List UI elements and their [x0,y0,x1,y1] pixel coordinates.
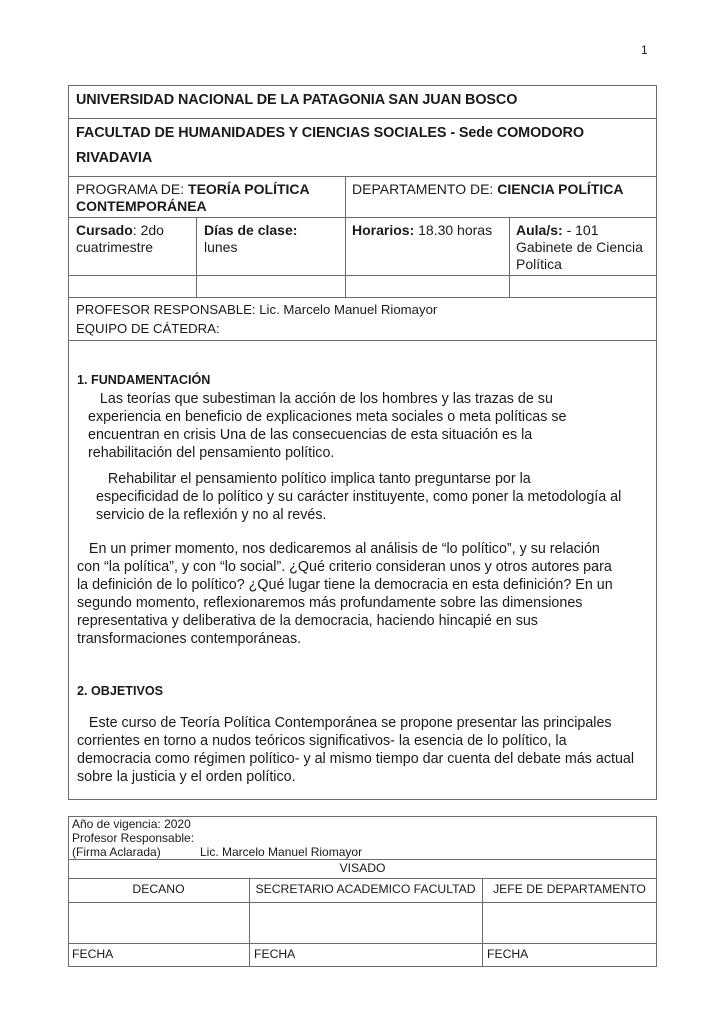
text-line: rehabilitación del pensamiento político. [88,444,566,462]
dias-cell: Días de clase: lunes [204,222,297,256]
text-line: segundo momento, reflexionaremos más pro… [77,594,613,612]
page-number: 1 [641,43,648,57]
faculty-name-cont: RIVADAVIA [76,150,152,166]
text-line: corrientes en torno a nudos teóricos sig… [77,732,634,750]
vigencia: Año de vigencia: 2020 [72,817,191,831]
cursado-label: Cursado [76,222,133,238]
divider [68,176,657,177]
divider [68,118,657,119]
fecha-jefe: FECHA [487,947,528,961]
horarios-value: 18.30 horas [414,222,492,238]
cursado-value: : 2do [133,222,164,238]
program-label: PROGRAMA DE: [76,181,188,197]
text-line: especificidad de lo político y su caráct… [96,488,621,506]
section-title-fundamentacion: 1. FUNDAMENTACIÓN [77,373,210,387]
divider [68,275,657,276]
aula-cell: Aula/s: - 101 Gabinete de Ciencia Políti… [516,222,643,273]
department-cell: DEPARTAMENTO DE: CIENCIA POLÍTICA [352,181,623,198]
fecha-secretario: FECHA [254,947,295,961]
text-line: En un primer momento, nos dedicaremos al… [77,540,613,558]
visado-header: VISADO [68,861,657,875]
section-title-objetivos: 2. OBJETIVOS [77,684,163,698]
text-line: experiencia en beneficio de explicacione… [88,408,566,426]
divider [68,878,657,879]
paragraph-objetivos-1: Este curso de Teoría Política Contemporá… [77,714,634,786]
text-line: sobre la justicia y el orden político. [77,768,634,786]
profesor-responsable-label: Profesor Responsable: [72,831,194,845]
paragraph-fundamentacion-2: Rehabilitar el pensamiento político impl… [96,470,621,524]
text-line: Rehabilitar el pensamiento político impl… [96,470,621,488]
column-header-secretario: SECRETARIO ACADEMICO FACULTAD [249,882,482,896]
text-line: con “la política”, y con “lo social”. ¿Q… [77,558,613,576]
divider [68,943,657,944]
dias-value: lunes [204,239,237,255]
aula-value-cont2: Política [516,256,562,272]
program-cell: PROGRAMA DE: TEORÍA POLÍTICA CONTEMPORÁN… [76,181,310,215]
text-line: servicio de la reflexión y no al revés. [96,506,621,524]
text-line: encuentran en crisis Una de las consecue… [88,426,566,444]
text-line: transformaciones contemporáneas. [77,630,613,648]
cursado-cell: Cursado: 2do cuatrimestre [76,222,164,256]
horarios-label: Horarios: [352,222,414,238]
divider [68,217,657,218]
text-line: Las teorías que subestiman la acción de … [88,390,566,408]
profesor-responsable: PROFESOR RESPONSABLE: Lic. Marcelo Manue… [76,302,437,317]
paragraph-fundamentacion-3: En un primer momento, nos dedicaremos al… [77,540,613,648]
aula-value-cont: Gabinete de Ciencia [516,239,643,255]
aula-value: - 101 [563,222,599,238]
department-label: DEPARTAMENTO DE: [352,181,497,197]
paragraph-fundamentacion-1: Las teorías que subestiman la acción de … [88,390,566,462]
divider [68,340,657,341]
program-value-cont: CONTEMPORÁNEA [76,198,207,214]
cursado-value-cont: cuatrimestre [76,239,153,255]
column-header-jefe: JEFE DE DEPARTAMENTO [482,882,657,896]
fecha-decano: FECHA [72,947,113,961]
signature-area-jefe[interactable] [483,903,656,943]
divider [68,297,657,298]
text-line: representativa y deliberativa de la demo… [77,612,613,630]
text-line: democracia como régimen político- y al m… [77,750,634,768]
text-line: la definición de lo político? ¿Qué lugar… [77,576,613,594]
program-value: TEORÍA POLÍTICA [188,181,310,197]
divider [196,217,197,297]
divider [509,217,510,297]
column-header-decano: DECANO [68,882,249,896]
signature-area-secretario[interactable] [250,903,482,943]
divider [345,176,346,297]
text-line: Este curso de Teoría Política Contemporá… [77,714,634,732]
department-value: CIENCIA POLÍTICA [497,181,623,197]
divider [68,859,657,860]
university-name: UNIVERSIDAD NACIONAL DE LA PATAGONIA SAN… [76,92,517,108]
signature-area-decano[interactable] [69,903,249,943]
faculty-name: FACULTAD DE HUMANIDADES Y CIENCIAS SOCIA… [76,125,584,141]
aula-label: Aula/s: [516,222,563,238]
firma-name: Lic. Marcelo Manuel Riomayor [200,845,362,859]
dias-label: Días de clase: [204,222,297,238]
horarios-cell: Horarios: 18.30 horas [352,222,492,239]
firma-aclarada-label: (Firma Aclarada) [72,845,161,859]
equipo-catedra: EQUIPO DE CÁTEDRA: [76,321,220,336]
